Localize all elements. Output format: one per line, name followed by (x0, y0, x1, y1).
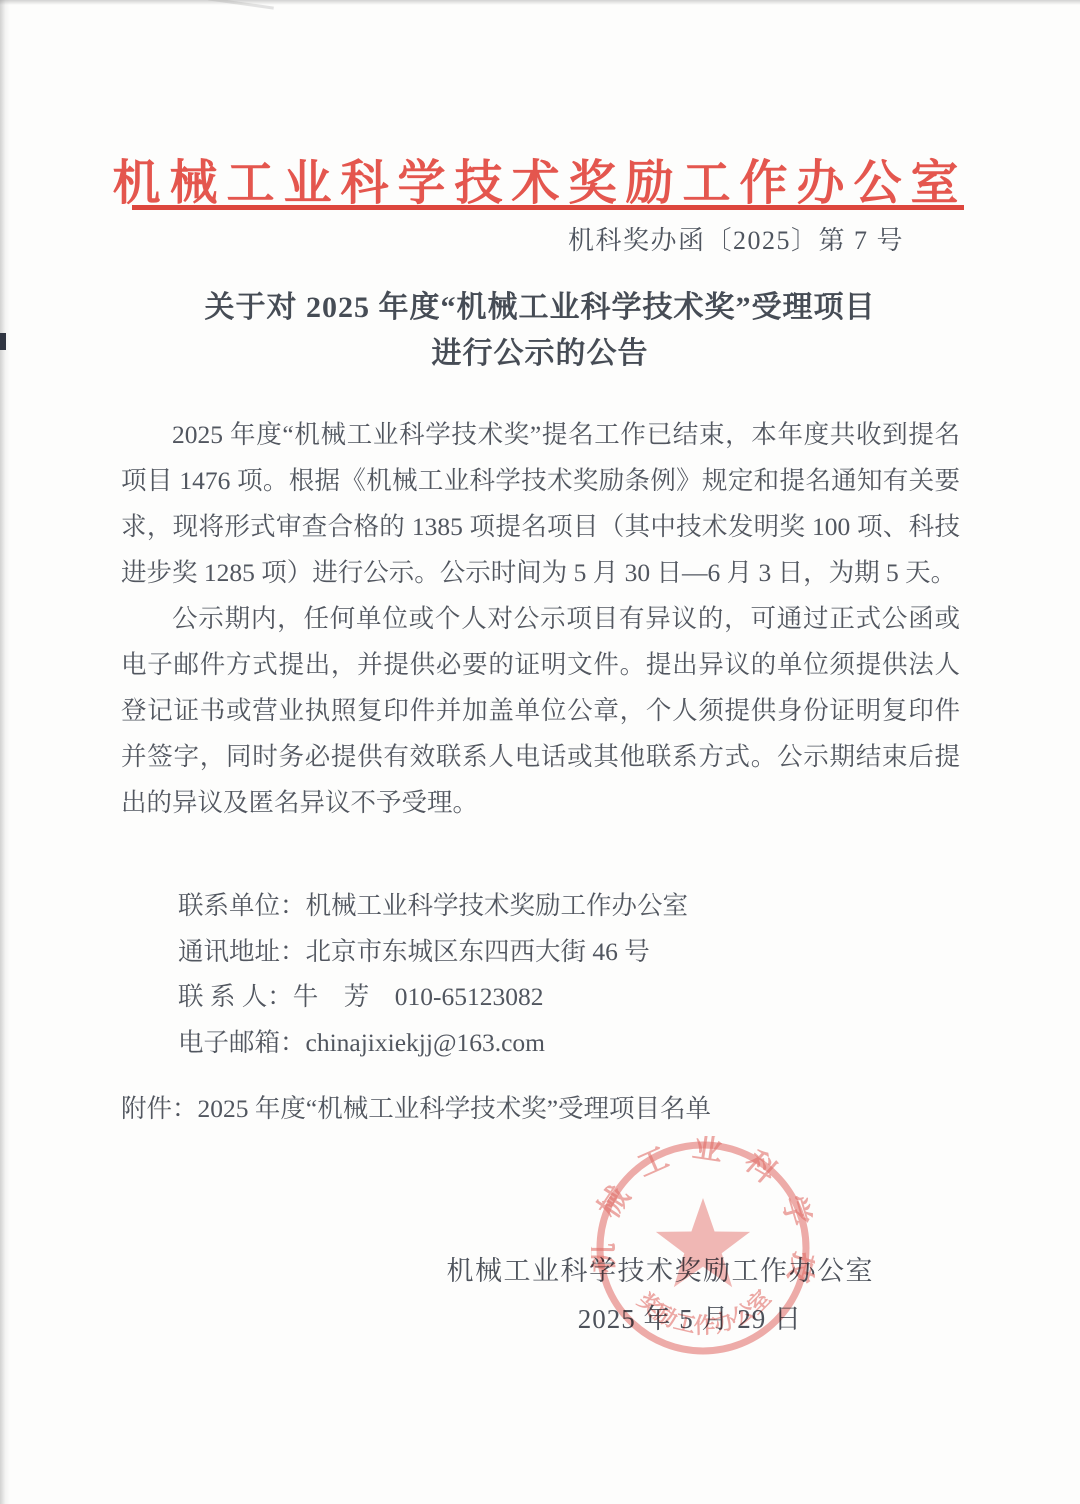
doc-number: 机科奖办函〔2025〕第 7 号 (568, 220, 904, 257)
scanned-document-page: 机械工业科学技术奖励工作办公室 机科奖办函〔2025〕第 7 号 关于对 202… (0, 0, 1080, 1504)
contact-line-unit: 联系单位：机械工业科学技术奖励工作办公室 (178, 883, 688, 929)
scan-left-edge-shadow (0, 0, 10, 1504)
letterhead-title: 机械工业科学技术奖励工作办公室 (0, 144, 1080, 213)
notice-body: 2025 年度“机械工业科学技术奖”提名工作已结束，本年度共收到提名项目 147… (121, 412, 960, 826)
signature-date: 2025 年 5 月 29 日 (578, 1297, 802, 1336)
notice-title-line2: 进行公示的公告 (0, 328, 1080, 372)
notice-title-line1: 关于对 2025 年度“机械工业科学技术奖”受理项目 (0, 282, 1080, 326)
contact-line-person: 联 系 人：牛 芳 010-65123082 (178, 974, 688, 1020)
signature-org: 机械工业科学技术奖励工作办公室 (447, 1249, 875, 1288)
letterhead-rule (132, 205, 964, 210)
body-paragraph: 公示期内，任何单位或个人对公示项目有异议的，可通过正式公函或电子邮件方式提出，并… (121, 596, 960, 826)
scan-top-edge-shadow (0, 0, 1080, 5)
body-paragraph: 2025 年度“机械工业科学技术奖”提名工作已结束，本年度共收到提名项目 147… (121, 412, 960, 596)
contact-line-email: 电子邮箱：chinajixiekjj@163.com (178, 1020, 688, 1066)
contact-line-address: 通讯地址：北京市东城区东四西大街 46 号 (178, 929, 688, 975)
contact-block: 联系单位：机械工业科学技术奖励工作办公室 通讯地址：北京市东城区东四西大街 46… (178, 883, 688, 1066)
attachment-line: 附件：2025 年度“机械工业科学技术奖”受理项目名单 (121, 1089, 711, 1125)
